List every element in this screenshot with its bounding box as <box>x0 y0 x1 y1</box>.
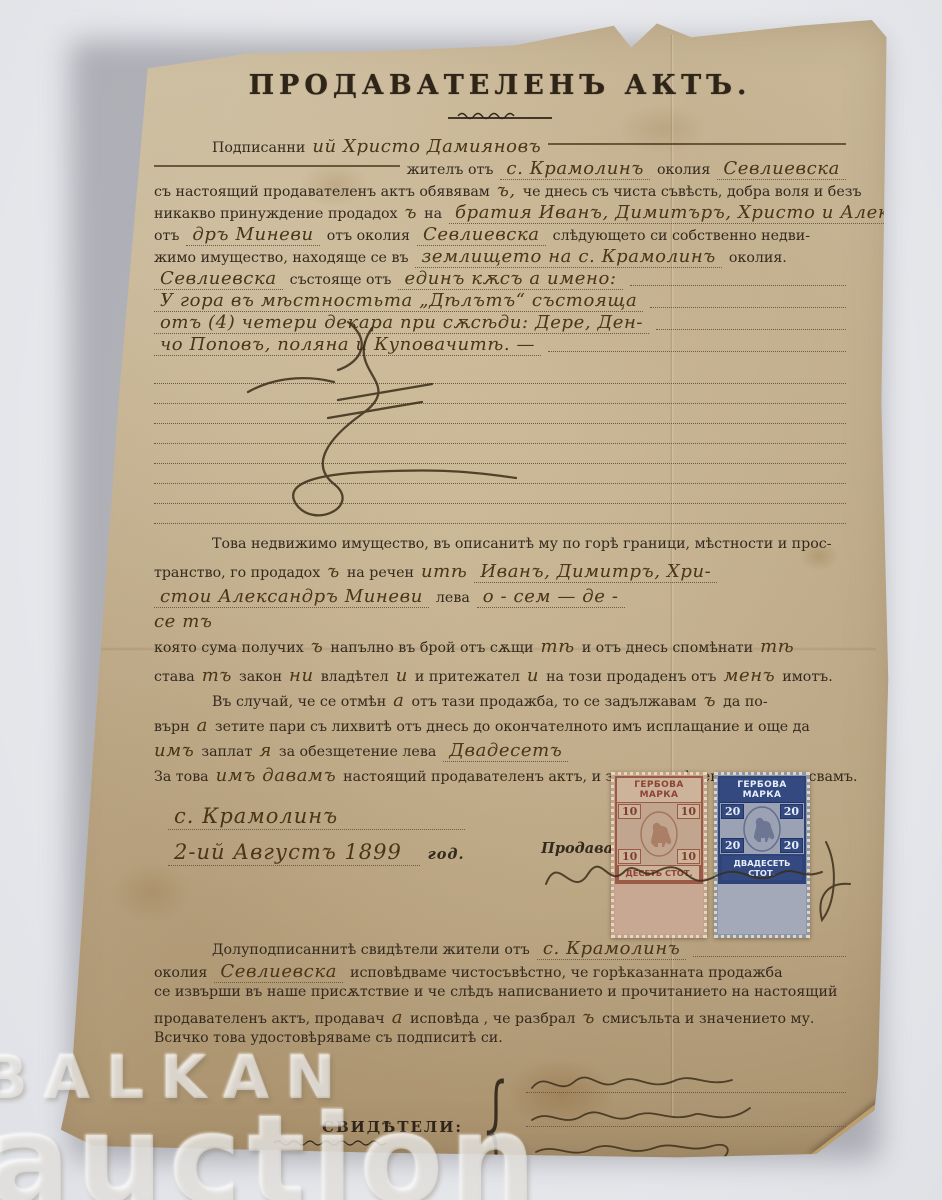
printed-text: отъ тази продажба, то се задължавам <box>412 694 697 710</box>
text-line: Долуподписаннитѣ свидѣтели жители отъс. … <box>154 938 846 961</box>
blank-fill <box>575 741 846 761</box>
handwritten-text: тѣ <box>541 636 575 657</box>
body-paragraph-1: Подписанниий Христо Дамияновъжителъ отъс… <box>154 136 846 356</box>
blank-fill <box>630 285 846 286</box>
ruled-blank-line <box>154 404 846 424</box>
handwritten-text: ъ <box>704 690 717 711</box>
place-line: с. Крамолинъ <box>168 804 465 830</box>
text-line: се извърши въ наше присѫтствие и че слѣд… <box>154 984 846 1007</box>
witness-signature-lines <box>526 1059 846 1195</box>
handwritten-text: я <box>259 740 272 761</box>
handwritten-text: с. Крамолинъ <box>500 158 650 180</box>
text-line: ставатъзаконнивладѣтелии притежателина т… <box>154 665 846 690</box>
printed-text: Това недвижимо имущество, въ описанитѣ м… <box>212 536 832 552</box>
handwritten-text: и <box>527 665 539 686</box>
handwritten-text: чо Поповъ, поляна и Куповачитѣ. — <box>154 334 541 356</box>
date-line: 2-ий Августъ 1899 год. <box>168 840 465 864</box>
handwritten-text: ъ <box>405 202 418 223</box>
blank-fill <box>650 307 846 308</box>
handwritten-text: тъ <box>202 665 232 686</box>
handwritten-text: Севлиевска <box>717 158 846 180</box>
stamp-tab <box>718 884 806 934</box>
stamp-header: ГЕРБОВА МАРКА <box>720 778 804 803</box>
place-date-block: с. Крамолинъ 2-ий Августъ 1899 год. <box>168 804 465 864</box>
revenue-stamps: ГЕРБОВА МАРКА 10 10 10 10 <box>611 772 810 938</box>
handwritten-text: се тъ <box>154 611 213 632</box>
printed-text: на този продаденъ отъ <box>546 669 716 685</box>
revenue-stamp-20-stotinki: ГЕРБОВА МАРКА 20 20 20 20 <box>714 772 810 938</box>
stamp-denomination: ДЕСЕТЬ СТОТ. <box>617 865 701 882</box>
printed-text: околия. <box>729 250 787 266</box>
blank-rules <box>154 364 846 524</box>
witness-signature <box>526 1168 756 1200</box>
printed-text: върн <box>154 719 190 735</box>
text-line: жителъ отъс. КрамолинъоколияСевлиевска <box>154 158 846 180</box>
printed-text: на <box>424 206 442 222</box>
text-line: околияСевлиевскаисповѣдваме чистосъвѣстн… <box>154 961 846 984</box>
printed-text: отъ <box>154 228 179 244</box>
printed-text: околия <box>154 965 207 981</box>
printed-text: исповѣда , че разбрал <box>410 1011 575 1027</box>
ruled-blank-line <box>154 444 846 464</box>
printed-text: жимо имущество, находяще се въ <box>154 250 408 266</box>
printed-text: Долуподписаннитѣ свидѣтели жители отъ <box>212 942 530 958</box>
printed-text: транство, го продадох <box>154 565 320 581</box>
printed-text: за обезщетение лева <box>279 744 436 760</box>
printed-text: се извърши въ наше присѫтствие и че слѣд… <box>154 984 837 1000</box>
printed-text: жителъ отъ <box>407 162 494 178</box>
printed-text: околия <box>657 162 710 178</box>
blank-fill <box>548 351 846 352</box>
handwritten-text: ъ <box>327 561 340 582</box>
handwritten-text: землището на с. Крамолинъ <box>415 246 721 268</box>
printed-text: За това <box>154 769 209 785</box>
lion-crest-emblem <box>720 803 804 854</box>
text-line: имъзаплатяза обезщетение леваДвадесетъ <box>154 740 846 765</box>
printed-text: закон <box>239 669 282 685</box>
text-line: продавателенъ актъ, продавачаисповѣда , … <box>154 1007 846 1030</box>
closing-section: с. Крамолинъ 2-ий Августъ 1899 год. Прод… <box>154 796 846 938</box>
ruled-blank-line <box>154 484 846 504</box>
text-line: съ настоящий продавателенъ актъ обявявам… <box>154 180 846 202</box>
printed-text: и отъ днесь спомѣнати <box>582 640 753 656</box>
printed-text: никакво принуждение продадох <box>154 206 398 222</box>
text-line: която сума получихънапълно въ брой отъ с… <box>154 636 846 661</box>
ruled-blank-line <box>154 504 846 524</box>
revenue-stamp-10-stotinki: ГЕРБОВА МАРКА 10 10 10 10 <box>611 772 707 938</box>
ruled-blank-line <box>154 424 846 444</box>
printed-text: става <box>154 669 195 685</box>
handwritten-text: стои Александръ Миневи <box>154 586 429 608</box>
text-line: Севлиевскасъстояще отъединъ кѫсъ а имено… <box>154 268 846 290</box>
printed-text: напълно въ брой отъ сѫщи <box>330 640 533 656</box>
witnesses-section: СВИДѢТЕЛИ: { <box>322 1059 846 1195</box>
document-paper: ПРОДАВАТЕЛЕНЪ АКТЪ. Подписанниий Христо … <box>42 12 902 1162</box>
witness-signature-line <box>526 1161 846 1195</box>
blank-fill <box>154 165 400 167</box>
handwritten-text: а <box>392 1007 403 1028</box>
document-title: ПРОДАВАТЕЛЕНЪ АКТЪ. <box>154 70 846 101</box>
handwritten-text: У гора въ мѣстностьта „Дѣлътъ“ състояща <box>154 290 643 312</box>
ruled-blank-line <box>154 384 846 404</box>
printed-text: зетите пари съ лихвитѣ отъ днесь до окон… <box>215 719 810 735</box>
date-handwritten: 2-ий Августъ 1899 <box>168 840 420 866</box>
text-line: никакво принуждение продадохънабратия Ив… <box>154 202 846 224</box>
handwritten-text: ъ, <box>497 180 516 201</box>
body-paragraph-2: Това недвижимо имущество, въ описанитѣ м… <box>154 536 846 661</box>
text-line: транство, го продадохъна реченитѣИванъ, … <box>154 561 846 586</box>
stamp-header: ГЕРБОВА МАРКА <box>617 778 701 803</box>
handwritten-text: итѣ <box>421 561 467 582</box>
handwritten-text: дръ Миневи <box>186 224 319 246</box>
handwritten-text: менъ <box>723 665 775 686</box>
photo-background: ПРОДАВАТЕЛЕНЪ АКТЪ. Подписанниий Христо … <box>0 0 942 1200</box>
text-line: се тъ <box>154 611 846 636</box>
handwritten-text: и <box>396 665 408 686</box>
handwritten-text: а <box>197 715 208 736</box>
printed-text: съ настоящий продавателенъ актъ обявявам <box>154 184 490 200</box>
blank-fill <box>548 143 846 145</box>
text-line: Подписанниий Христо Дамияновъ <box>154 136 846 158</box>
handwritten-text: братия Иванъ, Димитъръ, Христо и Алексан… <box>449 202 936 224</box>
text-line: отъдръ Миневиотъ околияСевлиевскаслѣдующ… <box>154 224 846 246</box>
printed-text: продавателенъ актъ, продавач <box>154 1011 385 1027</box>
handwritten-text: Севлиевска <box>214 961 343 983</box>
handwritten-text: Двадесетъ <box>443 740 568 762</box>
handwritten-text: ъ <box>311 636 324 657</box>
handwritten-text: тѣ <box>760 636 794 657</box>
blank-ruled-section <box>154 364 846 524</box>
blank-fill <box>693 956 846 957</box>
printed-text: исповѣдваме чистосъвѣстно, че горѣказанн… <box>350 965 783 981</box>
text-line: чо Поповъ, поляна и Куповачитѣ. — <box>154 334 846 356</box>
handwritten-text: Иванъ, Димитръ, Хри- <box>474 561 717 583</box>
year-label: год. <box>428 846 465 863</box>
handwritten-text: Севлиевска <box>417 224 546 246</box>
handwritten-text: о - сем — де - <box>477 586 625 608</box>
printed-text: смисъльта и значението му. <box>602 1011 814 1027</box>
stamp-center: 10 10 10 10 <box>617 803 701 865</box>
text-line: отъ (4) четери декара при сѫсѣди: Дере, … <box>154 312 846 334</box>
text-line: У гора въ мѣстностьта „Дѣлътъ“ състояща <box>154 290 846 312</box>
ruled-blank-line <box>154 464 846 484</box>
stamp-design: ГЕРБОВА МАРКА 20 20 20 20 <box>718 776 806 884</box>
lion-crest-emblem <box>617 803 701 865</box>
text-line: върназетите пари съ лихвитѣ отъ днесь до… <box>154 715 846 740</box>
witness-signature-line <box>526 1093 846 1127</box>
handwritten-text: а <box>393 690 404 711</box>
blank-fill <box>220 612 846 632</box>
blank-fill <box>656 329 846 330</box>
printer-imprint-block: Търново, печ. Панаиотовъ. <box>272 1132 465 1165</box>
printed-text: и притежател <box>415 669 520 685</box>
printed-text: отъ околия <box>327 228 410 244</box>
printed-text: на речен <box>347 565 414 581</box>
printed-text: Подписанни <box>212 140 305 156</box>
printed-text: че днесь съ чиста съвѣсть, добра воля и … <box>523 184 862 200</box>
document-content: ПРОДАВАТЕЛЕНЪ АКТЪ. Подписанниий Христо … <box>154 42 846 1195</box>
printed-text: Въ случай, че се отмѣн <box>212 694 386 710</box>
printed-text: заплат <box>201 744 252 760</box>
title-divider <box>154 105 846 124</box>
witness-paragraph: Долуподписаннитѣ свидѣтели жители отъс. … <box>154 938 846 1053</box>
stamp-design: ГЕРБОВА МАРКА 10 10 10 10 <box>615 776 703 884</box>
handwritten-text: имъ <box>154 740 194 761</box>
handwritten-text: единъ кѫсъ а имено: <box>398 268 622 290</box>
text-line: Въ случай, че се отмѣнаотъ тази продажба… <box>154 690 846 715</box>
stamp-tab <box>615 884 703 934</box>
printed-text: слѣдующето си собственно недви- <box>553 228 810 244</box>
printed-text: състояще отъ <box>290 272 392 288</box>
text-line: Всичко това удостовѣряваме съ подписитѣ … <box>154 1030 846 1053</box>
text-line: жимо имущество, находяще се въземлището … <box>154 246 846 268</box>
handwritten-text: ъ <box>582 1007 595 1028</box>
stamp-denomination: ДВАДЕСЕТЬ СТОТ. <box>720 854 804 882</box>
handwritten-text: имъ давамъ <box>216 765 337 786</box>
handwritten-text: Севлиевска <box>154 268 283 290</box>
handwritten-text: ни <box>289 665 314 686</box>
handwritten-text: отъ (4) четери декара при сѫсѣди: Дере, … <box>154 312 649 334</box>
ruled-blank-line <box>154 364 846 384</box>
witness-signature <box>526 1134 756 1168</box>
handwritten-text: ий Христо Дамияновъ <box>312 136 541 157</box>
stamp-center: 20 20 20 20 <box>720 803 804 854</box>
printed-text: Всичко това удостовѣряваме съ подписитѣ … <box>154 1030 503 1046</box>
text-line: Това недвижимо имущество, въ описанитѣ м… <box>154 536 846 561</box>
text-line: стои Александръ Миневилевао - сем — де - <box>154 586 846 611</box>
witness-signature-line <box>526 1059 846 1093</box>
printed-text: която сума получих <box>154 640 304 656</box>
printed-text: лева <box>436 590 470 606</box>
printed-text: владѣтел <box>321 669 389 685</box>
handwritten-text: с. Крамолинъ <box>537 938 687 960</box>
printed-text: имотъ. <box>782 669 832 685</box>
printed-text: да по- <box>723 694 768 710</box>
witnesses-brace: { <box>476 1077 517 1177</box>
